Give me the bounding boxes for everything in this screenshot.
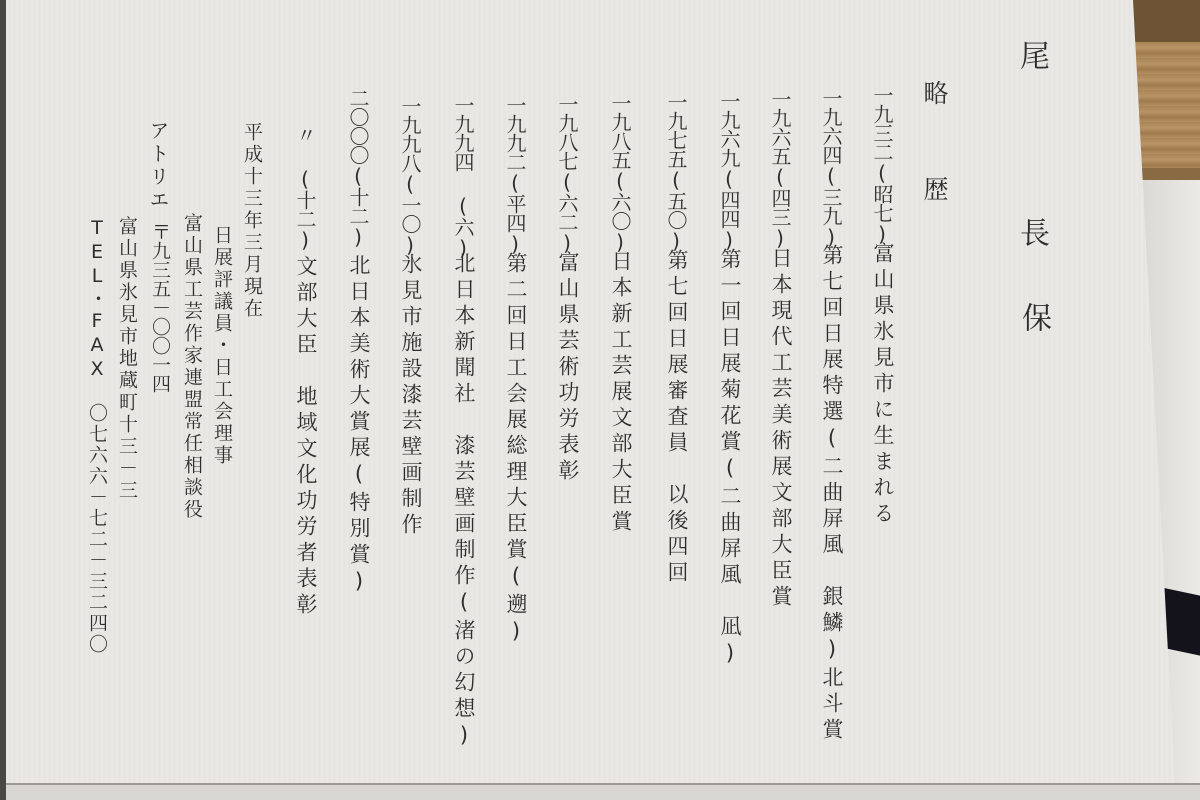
timeline-event: 富山県芸術功労表彰 <box>557 251 578 485</box>
timeline-year: 一九九二(平四) <box>505 95 525 255</box>
timeline-event: 富山県氷見市に生まれる <box>872 242 893 528</box>
timeline-year: 一九六四(三九) <box>821 88 841 248</box>
position-line: 富山県工芸作家連盟常任相談役 <box>182 213 201 521</box>
timeline-year: 一九三二(昭七) <box>872 85 892 245</box>
timeline-event: 文部大臣 地域文化功労者表彰 <box>295 255 316 619</box>
timeline-year: 二〇〇〇(十二) <box>348 88 368 248</box>
atelier-address: 富山県氷見市地蔵町十三－三 <box>117 216 136 502</box>
timeline-year: 一九六五(四三) <box>770 89 790 249</box>
heading-char-2: 歴 <box>922 176 947 201</box>
timeline-event: 第二回日工会展総理大臣賞(遡) <box>505 252 526 648</box>
atelier-tel-fax: TEL・FAX 〇七六六－七二－三二四〇 <box>87 217 106 655</box>
timeline-year: 一九七五(五〇) <box>666 92 686 252</box>
position-line: 日展評議員・日工会理事 <box>212 225 231 467</box>
paper-bottom-edge <box>6 783 1200 785</box>
timeline-event: 日本現代工芸美術展文部大臣賞 <box>770 247 791 611</box>
timeline-year: 一九九八(一〇) <box>400 96 420 256</box>
timeline-year: 一九八五(六〇) <box>610 93 630 253</box>
atelier-postal-code: 〒九三五－〇〇一四 <box>150 222 169 393</box>
timeline-event: 第七回日展審査員 以後四回 <box>666 249 687 587</box>
timeline-event: 北日本美術大賞展(特別賞) <box>348 254 369 598</box>
artist-given-name: 保 <box>1018 302 1048 332</box>
timeline-event: 第一回日展菊花賞(二曲屏風 凪) <box>719 248 740 670</box>
timeline-year: 〃 (十二) <box>295 125 315 251</box>
artist-surname: 尾 長 <box>1016 40 1046 303</box>
as-of-date: 平成十三年三月現在 <box>242 122 261 320</box>
left-dark-edge <box>0 0 6 800</box>
atelier-label: アトリエ <box>148 120 168 212</box>
timeline-year: 一九八七(六二) <box>557 94 577 254</box>
timeline-event: 日本新工芸展文部大臣賞 <box>610 250 631 536</box>
surface-below <box>0 785 1200 800</box>
timeline-year: 一九六九(四四) <box>719 91 739 251</box>
timeline-event: 第七回日展特選(二曲屏風 銀鱗)北斗賞 <box>821 244 842 744</box>
timeline-year: 一九九四 (六) <box>453 95 473 259</box>
timeline-event: 北日本新聞社 漆芸壁画制作(渚の幻想) <box>453 252 474 752</box>
timeline-event: 氷見市施設漆芸壁画制作 <box>400 253 421 539</box>
heading-char-1: 略 <box>922 80 947 105</box>
